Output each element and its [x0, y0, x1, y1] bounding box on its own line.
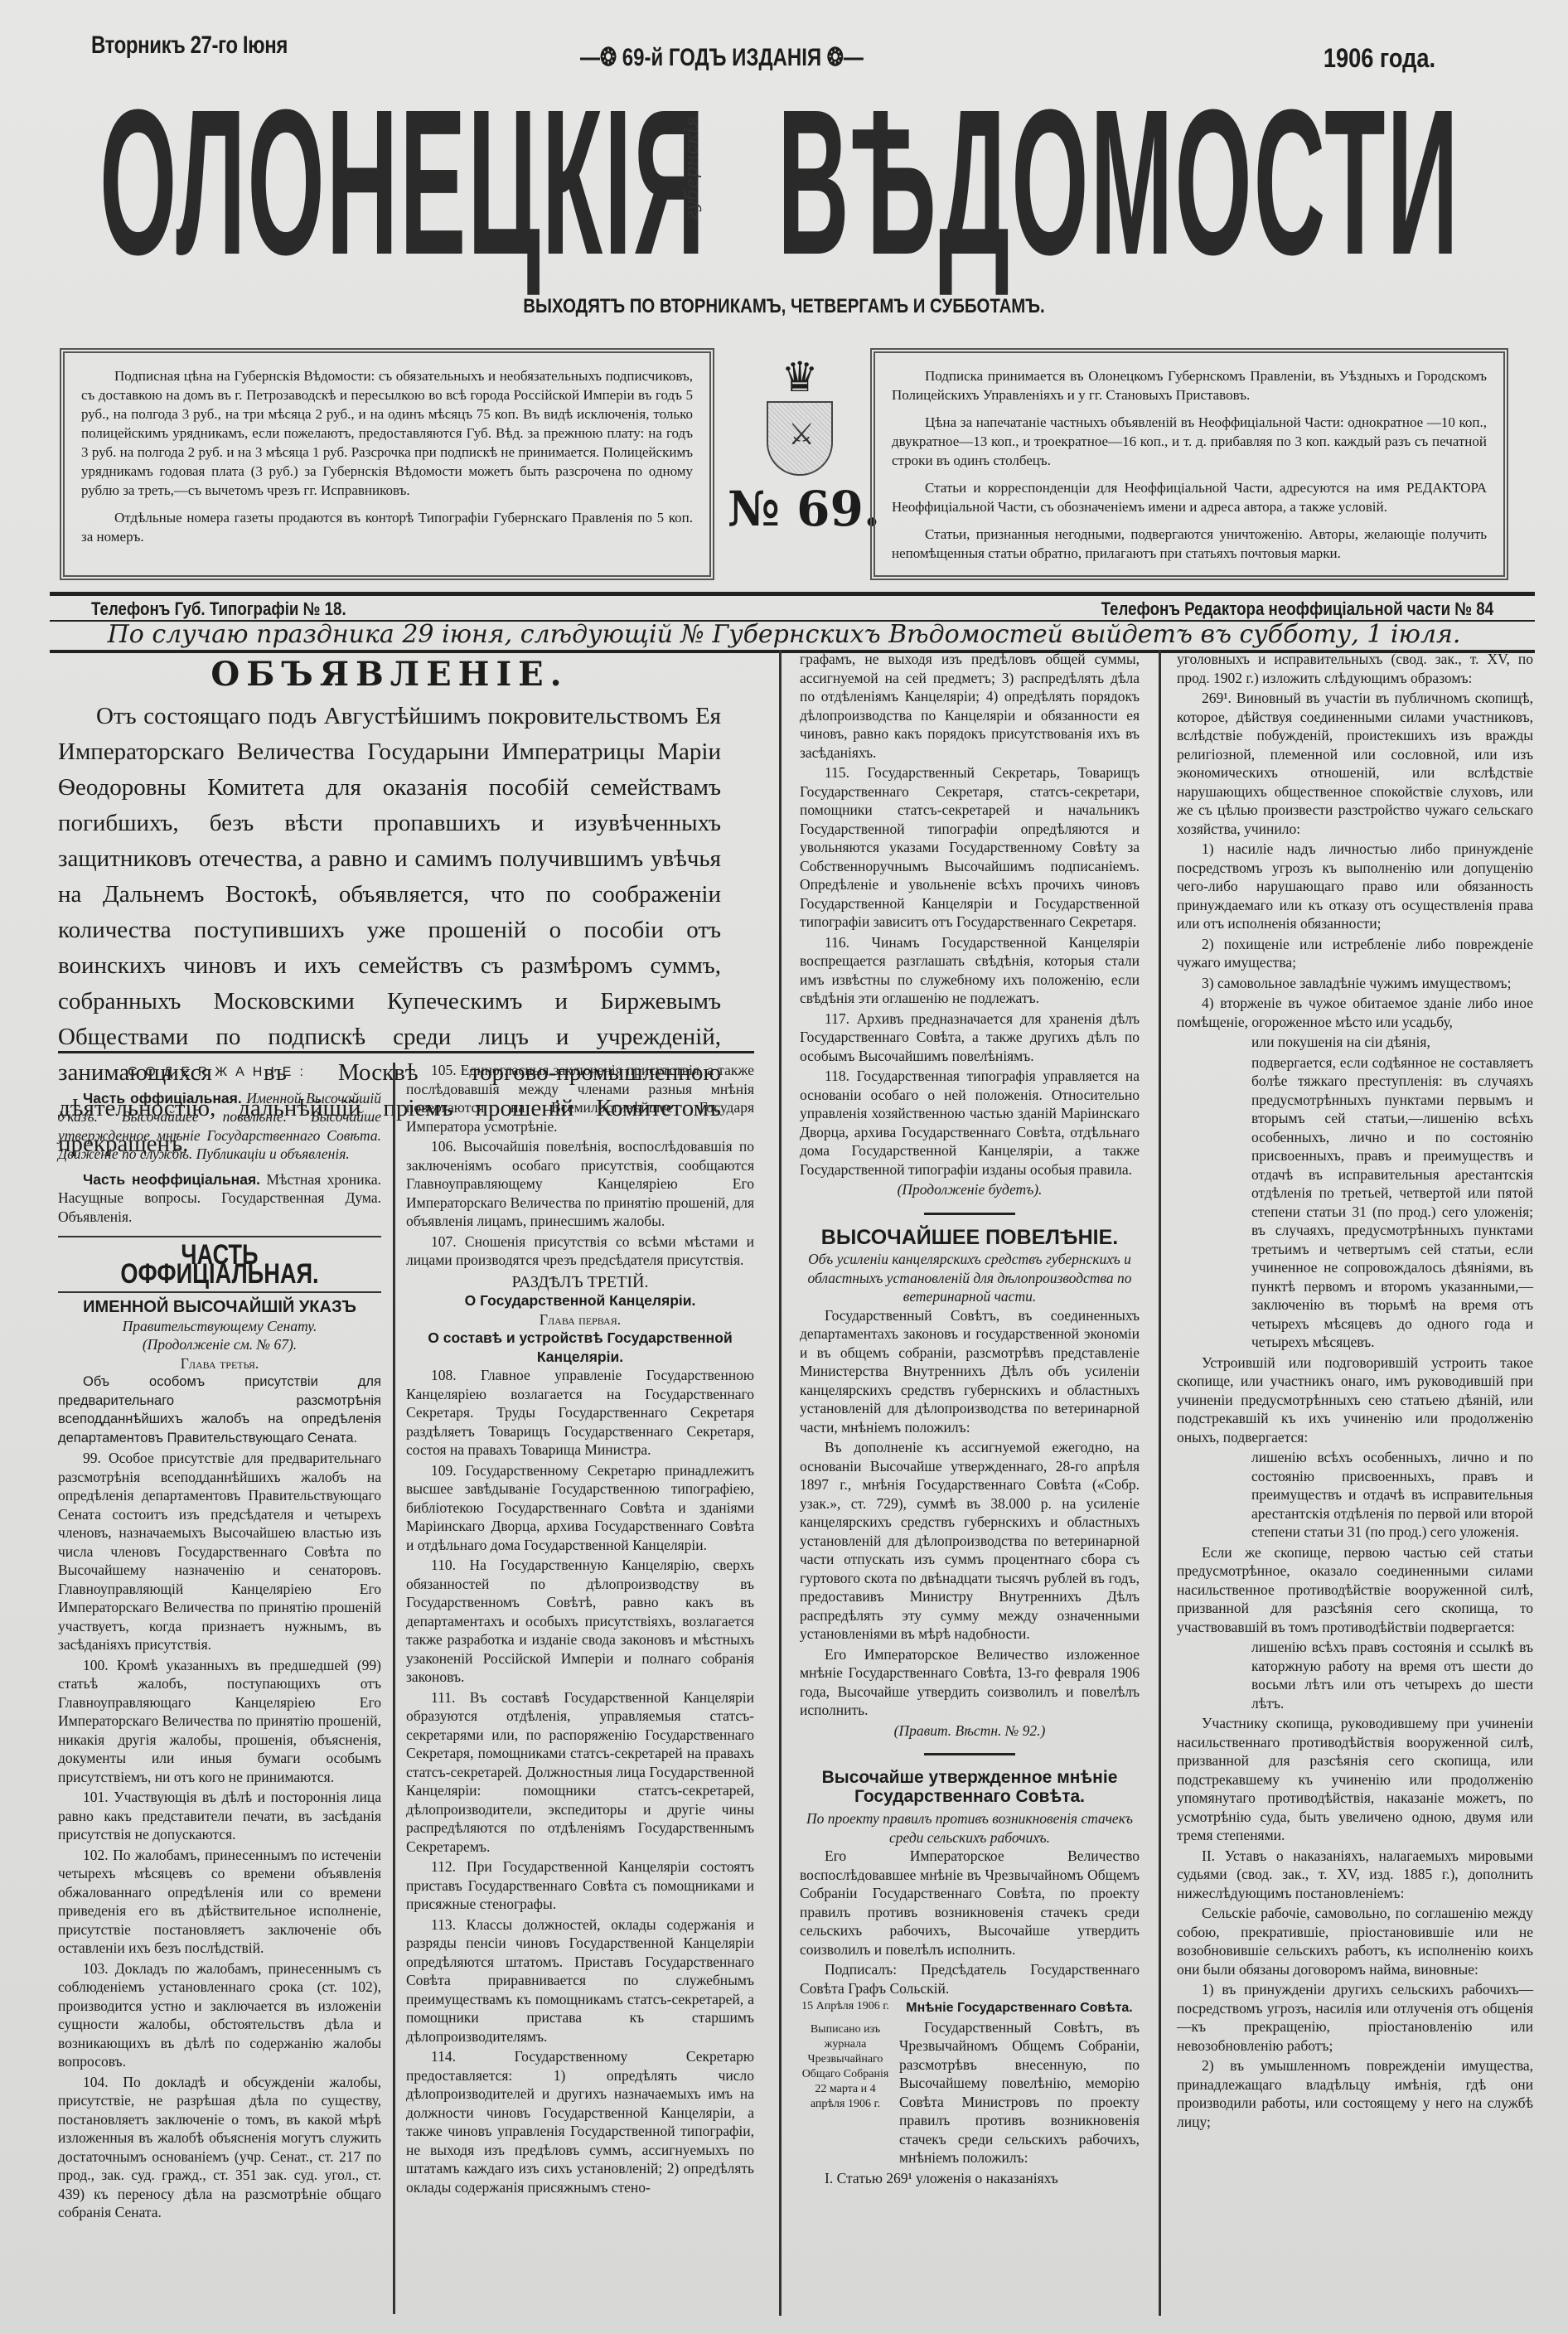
article: Участнику скопища, руководившему при учи…: [1177, 1714, 1533, 1845]
official-part-title: ЧАСТЬ ОФФИЦІАЛЬНАЯ.: [90, 1246, 349, 1283]
article: 99. Особое присутствіе для предварительн…: [58, 1449, 381, 1654]
decree-continuation: (Продолженіе см. № 67).: [58, 1335, 381, 1354]
article: графамъ, не выходя изъ предѣловъ общей с…: [800, 650, 1140, 762]
chapter-subject: О составѣ и устройствѣ Государственной К…: [406, 1329, 754, 1366]
command-subject: Объ усиленіи канцелярскихъ средствъ губе…: [800, 1250, 1140, 1306]
article: 110. На Государственную Канцелярію, свер…: [406, 1556, 754, 1687]
article: 1) насиліе надъ личностью либо принужден…: [1177, 840, 1533, 933]
article: 116. Чинамъ Государственной Канцеляріи в…: [800, 933, 1140, 1008]
contents-official-label: Часть оффиціальная.: [83, 1090, 242, 1106]
opinion-title: Высочайше утвержденное мнѣніе Государств…: [800, 1769, 1140, 1806]
title-olonetskiya: ОЛОНЕЦКІЯ: [99, 83, 706, 282]
article: Его Императорское Величество изложенное …: [800, 1645, 1140, 1720]
column-2: 105. Единогласныя заключенія присутствія…: [406, 1061, 754, 2198]
article: 102. По жалобамъ, принесеннымъ по истече…: [58, 1846, 381, 1958]
article: 109. Государственному Секретарю принадле…: [406, 1461, 754, 1555]
article: 108. Главное управленіе Государственною …: [406, 1366, 754, 1460]
council-opinion-block: 15 Апрѣля 1906 г. Выписано изъ журнала Ч…: [800, 1999, 1140, 2169]
article: 107. Сношенія присутствія со всѣми мѣста…: [406, 1232, 754, 1270]
single-issue-text: Отдѣльные номера газеты продаются въ кон…: [81, 508, 693, 546]
holiday-notice: По случаю праздника 29 іюня, слѣдующій №…: [0, 620, 1568, 649]
title-gubernskiya: губернскія: [681, 116, 702, 220]
newspaper-title: ОЛОНЕЦКІЯ губернскія ВѢДОМОСТИ: [91, 83, 1500, 282]
column-3: графамъ, не выходя изъ предѣловъ общей с…: [800, 650, 1140, 2189]
article: 104. По докладѣ и обсужденіи жалобы, при…: [58, 2073, 381, 2222]
divider: [50, 592, 1535, 596]
divider: [58, 1236, 381, 1237]
article: II. Уставъ о наказаніяхъ, налагаемыхъ ми…: [1177, 1847, 1533, 1903]
council-opinion-title: Мнѣніе Государственнаго Совѣта.: [899, 1999, 1140, 2018]
phone-editor: Телефонъ Редактора неоффиціальной части …: [1101, 598, 1493, 620]
article: 4) вторженіе въ чужое обитаемое зданіе л…: [1177, 994, 1533, 1031]
indented-clause: или покушенія на сіи дѣянія,: [1177, 1033, 1533, 1052]
article: Сельскіе рабочіе, самовольно, по соглаше…: [1177, 1904, 1533, 1978]
editorial-text: Цѣна за напечатаніе частныхъ объявленій …: [892, 413, 1487, 470]
article: 103. Докладъ по жалобамъ, принесеннымъ с…: [58, 1959, 381, 2071]
article: 114. Государственному Секретарю предоста…: [406, 2047, 754, 2196]
divider: [58, 1291, 381, 1293]
article: 269¹. Виновный въ участіи въ публичномъ …: [1177, 689, 1533, 838]
article: 101. Участвующія въ дѣлѣ и постороннія л…: [58, 1788, 381, 1844]
article: 106. Высочайшія повелѣнія, воспослѣдовав…: [406, 1137, 754, 1231]
decree-title: ИМЕННОЙ ВЫСОЧАЙШІЙ УКАЗЪ: [58, 1298, 381, 1317]
contents-unofficial-label: Часть неоффиціальная.: [83, 1171, 260, 1188]
article: 100. Кромѣ указанныхъ въ предшедшей (99)…: [58, 1656, 381, 1787]
article: I. Статью 269¹ уложенія о наказаніяхъ: [800, 2169, 1140, 2188]
section-title: РАЗДѢЛЪ ТРЕТІЙ.: [406, 1273, 754, 1292]
column-divider: [1159, 650, 1161, 2316]
subscription-box: Подписная цѣна на Губернскія Вѣдомости: …: [60, 348, 714, 580]
article: 118. Государственная типографія управляе…: [800, 1067, 1140, 1179]
column-divider: [393, 1063, 395, 2314]
command-title: ВЫСОЧАЙШЕЕ ПОВЕЛѢНІЕ.: [800, 1228, 1140, 1247]
divider: [924, 1753, 1015, 1755]
masthead-top-line: Вторникъ 27-го Іюня —❂ 69-й ГОДЪ ИЗДАНІЯ…: [83, 31, 1493, 65]
side-date: 15 Апрѣля 1906 г.: [800, 1999, 891, 2014]
editorial-text: Подписка принимается въ Олонецкомъ Губер…: [892, 366, 1487, 404]
title-vedomosti: ВѢДОМОСТИ: [777, 83, 1460, 282]
article: Его Императорское Величество воспослѣдов…: [800, 1847, 1140, 1959]
editorial-box: Подписка принимается въ Олонецкомъ Губер…: [870, 348, 1508, 580]
decree-addressee: Правительствующему Сенату.: [58, 1317, 381, 1336]
council-opinion-text: Государственный Совѣтъ, въ Чрезвычайномъ…: [899, 2018, 1140, 2167]
article: Если же скопище, первою частью сей стать…: [1177, 1543, 1533, 1637]
article: 2) въ умышленномъ поврежденіи имущества,…: [1177, 2056, 1533, 2131]
side-note: Выписано изъ журнала Чрезвычайнаго Общаг…: [800, 2022, 891, 2112]
article: 115. Государственный Секретарь, Товарищъ…: [800, 763, 1140, 932]
article: 105. Единогласныя заключенія присутствія…: [406, 1061, 754, 1136]
divider: [58, 1051, 754, 1053]
indented-clause: подвергается, если содѣянное не составля…: [1177, 1053, 1533, 1352]
article: уголовныхъ и исправительныхъ (свод. зак.…: [1177, 650, 1533, 687]
newspaper-page: Вторникъ 27-го Іюня —❂ 69-й ГОДЪ ИЗДАНІЯ…: [0, 0, 1568, 2334]
phone-typography: Телефонъ Губ. Типографіи № 18.: [91, 598, 346, 620]
editorial-text: Статьи, признанныя негодными, подвергают…: [892, 525, 1487, 563]
article: Подписалъ: Предсѣдатель Государственнаго…: [800, 1960, 1140, 1997]
article: Въ дополненіе къ ассигнуемой ежегодно, н…: [800, 1438, 1140, 1644]
column-divider: [779, 650, 782, 2316]
crown-icon: ♛: [754, 356, 845, 398]
chapter-subject: Объ особомъ присутствіи для предваритель…: [58, 1373, 381, 1447]
article: Государственный Совѣтъ, въ соединенныхъ …: [800, 1306, 1140, 1437]
issue-date: Вторникъ 27-го Іюня: [91, 31, 288, 60]
article: 1) въ принужденіи другихъ сельскихъ рабо…: [1177, 1980, 1533, 2055]
column-4: уголовныхъ и исправительныхъ (свод. зак.…: [1177, 650, 1533, 2133]
indented-clause: лишенію всѣхъ особенныхъ, лично и по сос…: [1177, 1448, 1533, 1542]
publication-schedule: ВЫХОДЯТЪ ПО ВТОРНИКАМЪ, ЧЕТВЕРГАМЪ И СУБ…: [118, 295, 1450, 318]
issue-crest: ♛ № 69.: [754, 356, 845, 572]
opinion-subject: По проекту правилъ противъ возникновенія…: [800, 1809, 1140, 1847]
article: 117. Архивъ предназначается для храненія…: [800, 1010, 1140, 1066]
issue-number: № 69.: [721, 476, 887, 542]
article: 112. При Государственной Канцеляріи сост…: [406, 1857, 754, 1914]
contents-title: СОДЕРЖАНІЕ:: [58, 1063, 381, 1082]
article: Устроившій или подговорившій устроить та…: [1177, 1353, 1533, 1447]
source-reference: (Правит. Вѣстн. № 92.): [800, 1721, 1140, 1741]
chapter-title: Глава третья.: [58, 1354, 381, 1373]
article: 113. Классы должностей, оклады содержані…: [406, 1915, 754, 2046]
chapter-title: Глава первая.: [406, 1310, 754, 1329]
article: 2) похищеніе или истребленіе либо повреж…: [1177, 935, 1533, 972]
to-be-continued: (Продолженіе будетъ).: [800, 1180, 1140, 1199]
article: 111. Въ составѣ Государственной Канцеляр…: [406, 1688, 754, 1857]
indented-clause: лишенію всѣхъ правъ состоянія и ссылкѣ в…: [1177, 1638, 1533, 1712]
coat-of-arms-icon: [767, 401, 833, 476]
article: 3) самовольное завладѣніе чужимъ имущест…: [1177, 974, 1533, 993]
column-1: СОДЕРЖАНІЕ: Часть оффиціальная. Именной …: [58, 1063, 381, 2224]
editorial-text: Статьи и корреспонденціи для Неоффиціаль…: [892, 478, 1487, 516]
divider: [924, 1213, 1015, 1215]
section-subject: О Государственной Канцеляріи.: [406, 1291, 754, 1310]
announcement-title: ОБЪЯВЛЕНІЕ.: [58, 655, 721, 694]
subscription-text: Подписная цѣна на Губернскія Вѣдомости: …: [81, 366, 693, 500]
